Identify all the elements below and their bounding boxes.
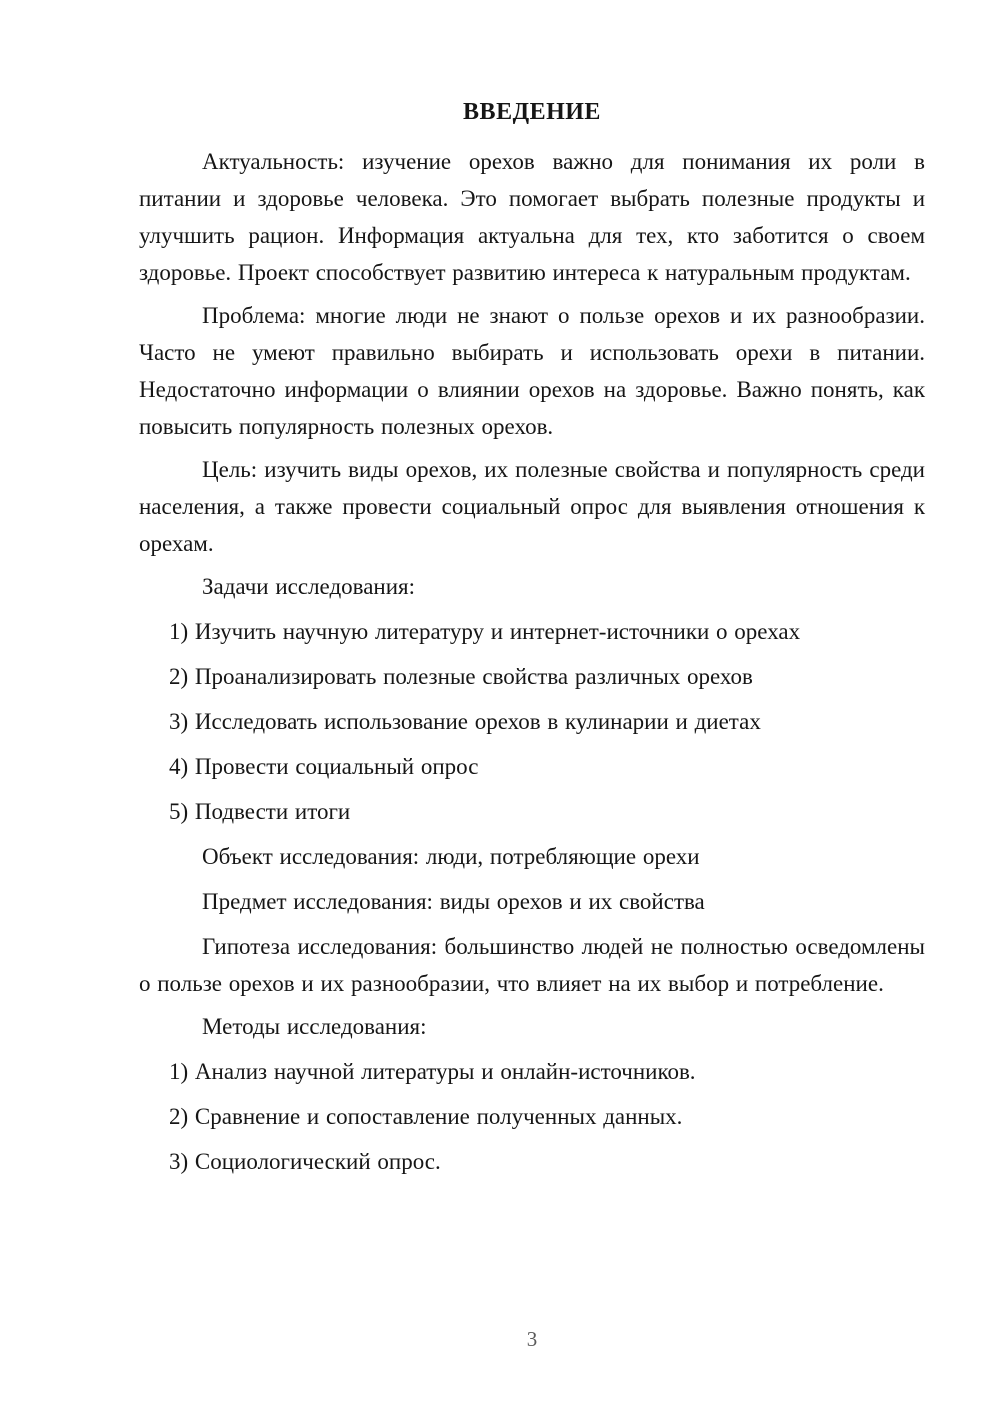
tasks-label: Задачи исследования: [139,568,925,605]
list-item: 3) Исследовать использование орехов в ку… [169,703,925,740]
paragraph-problem: Проблема: многие люди не знают о пользе … [139,297,925,445]
list-item: 3) Социологический опрос. [169,1143,925,1180]
document-page: ВВЕДЕНИЕ Актуальность: изучение орехов в… [0,0,1000,1414]
list-item: 1) Изучить научную литературу и интернет… [169,613,925,650]
list-item: 2) Проанализировать полезные свойства ра… [169,658,925,695]
list-item: 2) Сравнение и сопоставление полученных … [169,1098,925,1135]
page-number: 3 [139,1324,925,1354]
paragraph-goal: Цель: изучить виды орехов, их полезные с… [139,451,925,562]
subject-line: Предмет исследования: виды орехов и их с… [139,883,925,920]
list-item: 1) Анализ научной литературы и онлайн-ис… [169,1053,925,1090]
methods-label: Методы исследования: [139,1008,925,1045]
page-title: ВВЕДЕНИЕ [139,94,925,131]
document-body: ВВЕДЕНИЕ Актуальность: изучение орехов в… [139,94,925,1188]
list-item: 5) Подвести итоги [169,793,925,830]
paragraph-hypothesis: Гипотеза исследования: большинство людей… [139,928,925,1002]
object-line: Объект исследования: люди, потребляющие … [139,838,925,875]
list-item: 4) Провести социальный опрос [169,748,925,785]
paragraph-relevance: Актуальность: изучение орехов важно для … [139,143,925,291]
